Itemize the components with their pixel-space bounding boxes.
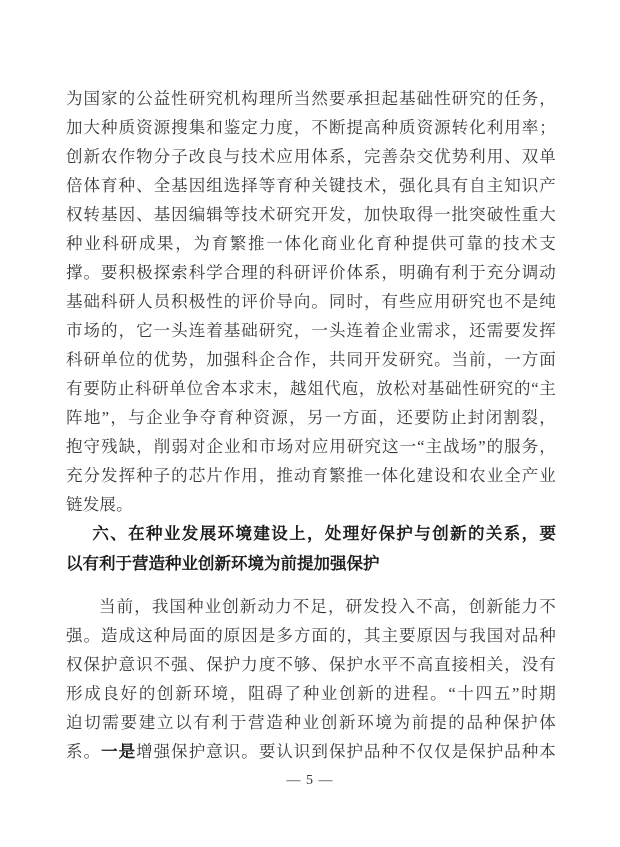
document-page: 为国家的公益性研究机构理所当然要承担起基础性研究的任务，加大种质资源搜集和鉴定力… [0, 0, 620, 847]
text-line: 强。造成这种局面的原因是多方面的，其主要原因与我国对品种 [66, 621, 556, 650]
emphasis-text: 一是 [101, 743, 136, 761]
text-line: 倍体育种、全基因组选择等育种关键技术，强化具有自主知识产 [66, 171, 556, 200]
text-line: 以有利于营造种业创新环境为前提加强保护 [66, 549, 556, 579]
text-segment: 市场的，它一头连着基础研究，一头连着企业需求，还需要发挥 [66, 321, 556, 340]
text-line: 有要防止科研单位舍本求末，越俎代庖，放松对基础性研究的“主 [66, 374, 556, 403]
page-content: 为国家的公益性研究机构理所当然要承担起基础性研究的任务，加大种质资源搜集和鉴定力… [66, 84, 556, 766]
text-line: 市场的，它一头连着基础研究，一头连着企业需求，还需要发挥 [66, 316, 556, 345]
document-blocks: 为国家的公益性研究机构理所当然要承担起基础性研究的任务，加大种质资源搜集和鉴定力… [66, 84, 556, 766]
text-line: 种业科研成果，为育繁推一体化商业化育种提供可靠的技术支 [66, 229, 556, 258]
text-segment: 基础科研人员积极性的评价导向。同时，有些应用研究也不是纯 [66, 292, 556, 311]
paragraph-continuation: 为国家的公益性研究机构理所当然要承担起基础性研究的任务，加大种质资源搜集和鉴定力… [66, 84, 556, 519]
text-line: 阵地”，与企业争夺育种资源，另一方面，还要防止封闭割裂， [66, 403, 556, 432]
text-segment: 科研单位的优势，加强科企合作，共同开发研究。当前，一方面 [66, 350, 556, 369]
text-segment: 以有利于营造种业创新环境为前提加强保护 [66, 555, 380, 573]
text-segment: 种业科研成果，为育繁推一体化商业化育种提供可靠的技术支 [66, 234, 556, 253]
text-segment: 迫切需要建立以有利于营造种业创新环境为前提的品种保护体 [66, 713, 556, 732]
text-segment: 形成良好的创新环境，阻碍了种业创新的进程。“十四五”时期 [66, 684, 556, 703]
text-segment: 强。造成这种局面的原因是多方面的，其主要原因与我国对品种 [66, 626, 556, 645]
text-segment: 为国家的公益性研究机构理所当然要承担起基础性研究的任务， [66, 89, 556, 108]
text-segment: 有要防止科研单位舍本求末，越俎代庖，放松对基础性研究的“主 [66, 379, 556, 398]
text-segment: 增强保护意识。要认识到保护品种不仅仅是保护品种本 [136, 742, 556, 761]
text-line: 抱守残缺，削弱对企业和市场对应用研究这一“主战场”的服务， [66, 432, 556, 461]
text-segment: 倍体育种、全基因组选择等育种关键技术，强化具有自主知识产 [66, 176, 556, 195]
text-segment: 抱守残缺，削弱对企业和市场对应用研究这一“主战场”的服务， [66, 437, 556, 456]
text-line: 六、在种业发展环境建设上，处理好保护与创新的关系，要 [66, 519, 556, 549]
text-line: 链发展。 [66, 490, 556, 519]
text-segment: 权保护意识不强、保护力度不够、保护水平不高直接相关，没有 [66, 655, 556, 674]
text-line: 迫切需要建立以有利于营造种业创新环境为前提的品种保护体 [66, 708, 556, 737]
text-segment: 创新农作物分子改良与技术应用体系，完善杂交优势利用、双单 [66, 147, 556, 166]
text-segment: 权转基因、基因编辑等技术研究开发，加快取得一批突破性重大 [66, 205, 556, 224]
text-line: 撑。要积极探索科学合理的科研评价体系，明确有利于充分调动 [66, 258, 556, 287]
page-number: — 5 — [0, 773, 620, 789]
text-segment: 充分发挥种子的芯片作用，推动育繁推一体化建设和农业全产业 [66, 466, 556, 485]
text-line: 创新农作物分子改良与技术应用体系，完善杂交优势利用、双单 [66, 142, 556, 171]
text-segment: 阵地”，与企业争夺育种资源，另一方面，还要防止封闭割裂， [66, 408, 556, 427]
section-heading: 六、在种业发展环境建设上，处理好保护与创新的关系，要以有利于营造种业创新环境为前… [66, 519, 556, 579]
paragraph: 当前，我国种业创新动力不足，研发投入不高，创新能力不强。造成这种局面的原因是多方… [66, 592, 556, 766]
text-segment: 链发展。 [66, 495, 133, 514]
text-line: 为国家的公益性研究机构理所当然要承担起基础性研究的任务， [66, 84, 556, 113]
text-line: 科研单位的优势，加强科企合作，共同开发研究。当前，一方面 [66, 345, 556, 374]
text-line: 形成良好的创新环境，阻碍了种业创新的进程。“十四五”时期 [66, 679, 556, 708]
text-segment: 加大种质资源搜集和鉴定力度，不断提高种质资源转化利用率； [66, 118, 556, 137]
text-segment: 当前，我国种业创新动力不足，研发投入不高，创新能力不 [99, 597, 556, 616]
text-line: 充分发挥种子的芯片作用，推动育繁推一体化建设和农业全产业 [66, 461, 556, 490]
text-line: 系。一是增强保护意识。要认识到保护品种不仅仅是保护品种本 [66, 737, 556, 766]
text-line: 当前，我国种业创新动力不足，研发投入不高，创新能力不 [66, 592, 556, 621]
text-segment: 撑。要积极探索科学合理的科研评价体系，明确有利于充分调动 [66, 263, 556, 282]
text-segment: 六、在种业发展环境建设上，处理好保护与创新的关系，要 [92, 525, 556, 543]
text-line: 权保护意识不强、保护力度不够、保护水平不高直接相关，没有 [66, 650, 556, 679]
text-line: 基础科研人员积极性的评价导向。同时，有些应用研究也不是纯 [66, 287, 556, 316]
text-line: 加大种质资源搜集和鉴定力度，不断提高种质资源转化利用率； [66, 113, 556, 142]
text-line: 权转基因、基因编辑等技术研究开发，加快取得一批突破性重大 [66, 200, 556, 229]
text-segment: 系。 [66, 742, 101, 761]
